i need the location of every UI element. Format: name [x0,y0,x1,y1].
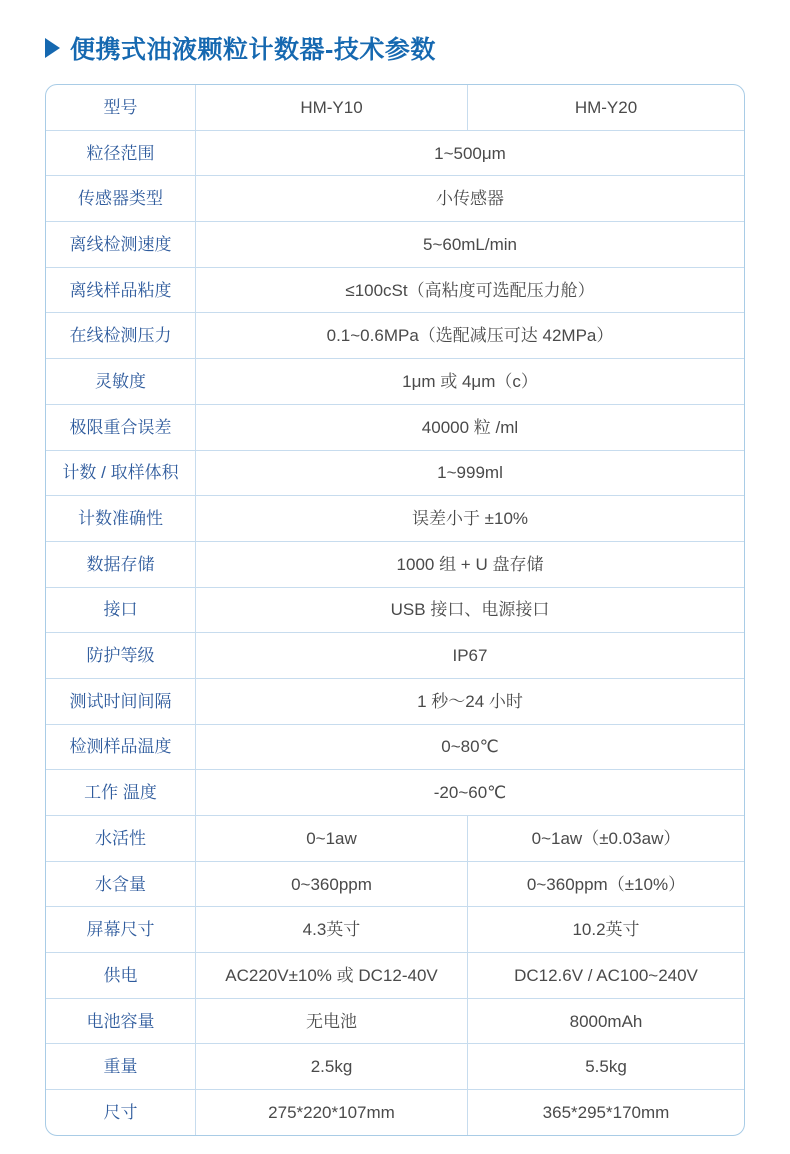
spec-value: 1000 组 + U 盘存储 [195,542,744,587]
spec-label: 电池容量 [46,999,195,1044]
spec-value-hm-y20: 365*295*170mm [467,1090,744,1135]
table-row: 工作 温度 -20~60℃ [46,769,744,815]
spec-label: 接口 [46,588,195,633]
table-row: 离线样品粘度 ≤100cSt（高粘度可选配压力舱） [46,267,744,313]
table-row: 离线检测速度 5~60mL/min [46,221,744,267]
spec-value-hm-y10: 无电池 [195,999,467,1044]
spec-label: 粒径范围 [46,131,195,176]
spec-label: 检测样品温度 [46,725,195,770]
table-row: 极限重合误差 40000 粒 /ml [46,404,744,450]
spec-value-hm-y10: 0~360ppm [195,862,467,907]
spec-value: 40000 粒 /ml [195,405,744,450]
spec-value: -20~60℃ [195,770,744,815]
spec-table: 型号 HM-Y10 HM-Y20 粒径范围 1~500μm 传感器类型 小传感器… [45,84,745,1136]
spec-label: 计数准确性 [46,496,195,541]
spec-label: 灵敏度 [46,359,195,404]
table-row: 供电 AC220V±10% 或 DC12-40V DC12.6V / AC100… [46,952,744,998]
spec-label: 在线检测压力 [46,313,195,358]
spec-value-hm-y20: 0~1aw（±0.03aw） [467,816,744,861]
table-row: 尺寸 275*220*107mm 365*295*170mm [46,1089,744,1135]
table-row: 防护等级 IP67 [46,632,744,678]
table-row: 在线检测压力 0.1~0.6MPa（选配减压可达 42MPa） [46,312,744,358]
spec-value: 1~999ml [195,451,744,496]
spec-value-hm-y20: 5.5kg [467,1044,744,1089]
spec-label: 计数 / 取样体积 [46,451,195,496]
table-row: 灵敏度 1μm 或 4μm（c） [46,358,744,404]
spec-value-hm-y20: DC12.6V / AC100~240V [467,953,744,998]
spec-value-hm-y20: 8000mAh [467,999,744,1044]
spec-value-hm-y10: 275*220*107mm [195,1090,467,1135]
table-row: 检测样品温度 0~80℃ [46,724,744,770]
spec-label: 极限重合误差 [46,405,195,450]
spec-label: 测试时间间隔 [46,679,195,724]
table-row: 重量 2.5kg 5.5kg [46,1043,744,1089]
spec-value-hm-y20: 0~360ppm（±10%） [467,862,744,907]
spec-label: 屏幕尺寸 [46,907,195,952]
spec-value: IP67 [195,633,744,678]
spec-value-hm-y20: 10.2英寸 [467,907,744,952]
spec-value-hm-y10: HM-Y10 [195,85,467,130]
right-triangle-icon [45,38,60,58]
spec-value: 1 秒～24 小时 [195,679,744,724]
spec-value: 0.1~0.6MPa（选配减压可达 42MPa） [195,313,744,358]
spec-value: 小传感器 [195,176,744,221]
page-title: 便携式油液颗粒计数器-技术参数 [70,30,436,66]
spec-value-hm-y20: HM-Y20 [467,85,744,130]
spec-label: 离线样品粘度 [46,268,195,313]
table-row: 电池容量 无电池 8000mAh [46,998,744,1044]
table-row: 测试时间间隔 1 秒～24 小时 [46,678,744,724]
spec-value: 0~80℃ [195,725,744,770]
table-row: 计数准确性 误差小于 ±10% [46,495,744,541]
spec-label: 水含量 [46,862,195,907]
spec-value-hm-y10: AC220V±10% 或 DC12-40V [195,953,467,998]
table-row: 水活性 0~1aw 0~1aw（±0.03aw） [46,815,744,861]
spec-label: 尺寸 [46,1090,195,1135]
table-row: 屏幕尺寸 4.3英寸 10.2英寸 [46,906,744,952]
spec-value-hm-y10: 2.5kg [195,1044,467,1089]
spec-value: ≤100cSt（高粘度可选配压力舱） [195,268,744,313]
table-row: 粒径范围 1~500μm [46,130,744,176]
spec-label: 型号 [46,85,195,130]
spec-value-hm-y10: 4.3英寸 [195,907,467,952]
spec-value: USB 接口、电源接口 [195,588,744,633]
spec-label: 传感器类型 [46,176,195,221]
spec-value: 1μm 或 4μm（c） [195,359,744,404]
spec-value: 误差小于 ±10% [195,496,744,541]
table-row: 型号 HM-Y10 HM-Y20 [46,85,744,130]
spec-value: 5~60mL/min [195,222,744,267]
spec-label: 数据存储 [46,542,195,587]
table-row: 计数 / 取样体积 1~999ml [46,450,744,496]
page-title-row: 便携式油液颗粒计数器-技术参数 [45,30,436,66]
spec-label: 水活性 [46,816,195,861]
table-row: 接口 USB 接口、电源接口 [46,587,744,633]
table-row: 数据存储 1000 组 + U 盘存储 [46,541,744,587]
spec-label: 工作 温度 [46,770,195,815]
spec-label: 离线检测速度 [46,222,195,267]
table-row: 水含量 0~360ppm 0~360ppm（±10%） [46,861,744,907]
spec-label: 防护等级 [46,633,195,678]
spec-label: 重量 [46,1044,195,1089]
spec-sheet-page: 便携式油液颗粒计数器-技术参数 型号 HM-Y10 HM-Y20 粒径范围 1~… [0,0,790,1154]
table-row: 传感器类型 小传感器 [46,175,744,221]
spec-value-hm-y10: 0~1aw [195,816,467,861]
spec-label: 供电 [46,953,195,998]
spec-value: 1~500μm [195,131,744,176]
